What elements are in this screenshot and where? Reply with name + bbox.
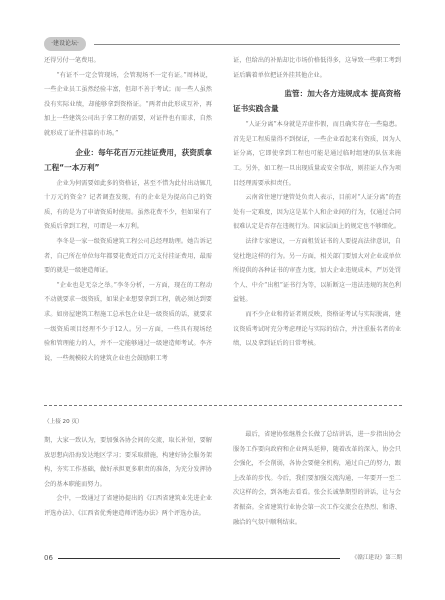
continued-from-label: （上接 20 页） <box>44 417 83 425</box>
subheading-line-1: 企业：每年花百万元挂证费用，获资质拿 <box>44 145 212 160</box>
subheading-enterprise: 企业：每年花百万元挂证费用，获资质拿 工程“一本万利” <box>44 145 212 175</box>
magazine-page: ·建设论坛· 还得另付一笔费用。 “有证不一定会管现场，会管现场不一定有证。”周… <box>0 0 445 600</box>
subheading-regulation: 监管：加大各方违规成本 提高资格 证书实践含量 <box>233 86 401 116</box>
subheading-line-2: 工程“一本万利” <box>44 160 212 175</box>
article-column-right: 证，但给出的补贴却比市场价格低得多，这导致一些职工考到证后瞒着单位把证外挂其他企… <box>233 54 401 352</box>
paragraph: 法律专家建议，一方面租赁证书的人要提高法律意识，自觉杜绝这样的行为。另一方面，相… <box>233 235 401 308</box>
paragraph: “有证不一定会管现场，会管现场不一定有证。”周林说，一些企业员工虽然经验丰富，但… <box>44 69 212 142</box>
subheading-line-2: 证书实践含量 <box>233 101 401 116</box>
header-rule <box>94 44 400 45</box>
paragraph: 最后，省建协张继胜会长做了总结讲话，进一步指出协会服务工作要向政府和企业两头延伸… <box>233 428 401 530</box>
publication-title: 《赣江建设》第三期 <box>352 552 402 564</box>
continued-column-right: 最后，省建协张继胜会长做了总结讲话，进一步指出协会服务工作要向政府和企业两头延伸… <box>233 428 401 530</box>
paragraph: 而不少企业和持证者则反映，资格证考试与实际脱离，建议资质考试时充分考虑理论与实际… <box>233 308 401 352</box>
page-footer: 06 《赣江建设》第三期 <box>44 552 402 564</box>
page-header: ·建设论坛· <box>44 37 400 53</box>
paragraph: 证，但给出的补贴却比市场价格低得多，这导致一些职工考到证后瞒着单位把证外挂其他企… <box>233 54 401 83</box>
section-tag-badge: ·建设论坛· <box>44 37 86 51</box>
paragraph: “人证分离”本身就是弄虚作假，而且确实存在一些隐患。首先是工程质量得不到保证，一… <box>233 118 401 191</box>
paragraph: 企业为何需要如此多的资格证，甚至不惜为此付出动辄几十万元的资金？记者调查发现，有… <box>44 177 212 235</box>
article-column-left: 还得另付一笔费用。 “有证不一定会管现场，会管现场不一定有证。”周林说，一些企业… <box>44 54 212 366</box>
footer-rule <box>58 558 340 559</box>
section-divider <box>44 405 402 406</box>
paragraph: 会中，一致通过了省建协提出的《江西省建筑业先进企业评选办法》、《江西省优秀建造师… <box>44 492 212 521</box>
paragraph: 云南省住建厅建管处负责人表示，目前对“人证分离”的查处有一定难度，因为这是某个人… <box>233 191 401 235</box>
paragraph: “企业也是无奈之举。”李冬分析，一方面，现在的工程动不动就要求一级资质，如果企业… <box>44 279 212 367</box>
continued-column-left: 期，大家一致认为，要加强各协会间的交流，取长补短，要解放思想向沿海发达地区学习；… <box>44 434 212 522</box>
page-number: 06 <box>44 552 53 564</box>
paragraph: 期，大家一致认为，要加强各协会间的交流，取长补短，要解放思想向沿海发达地区学习；… <box>44 434 212 492</box>
subheading-line-1: 监管：加大各方违规成本 提高资格 <box>233 86 401 101</box>
paragraph: 还得另付一笔费用。 <box>44 54 212 69</box>
paragraph: 李冬是一家一级资质建筑工程公司总经理助理。她告诉记者，自己所在单位每年都要花费近… <box>44 235 212 279</box>
